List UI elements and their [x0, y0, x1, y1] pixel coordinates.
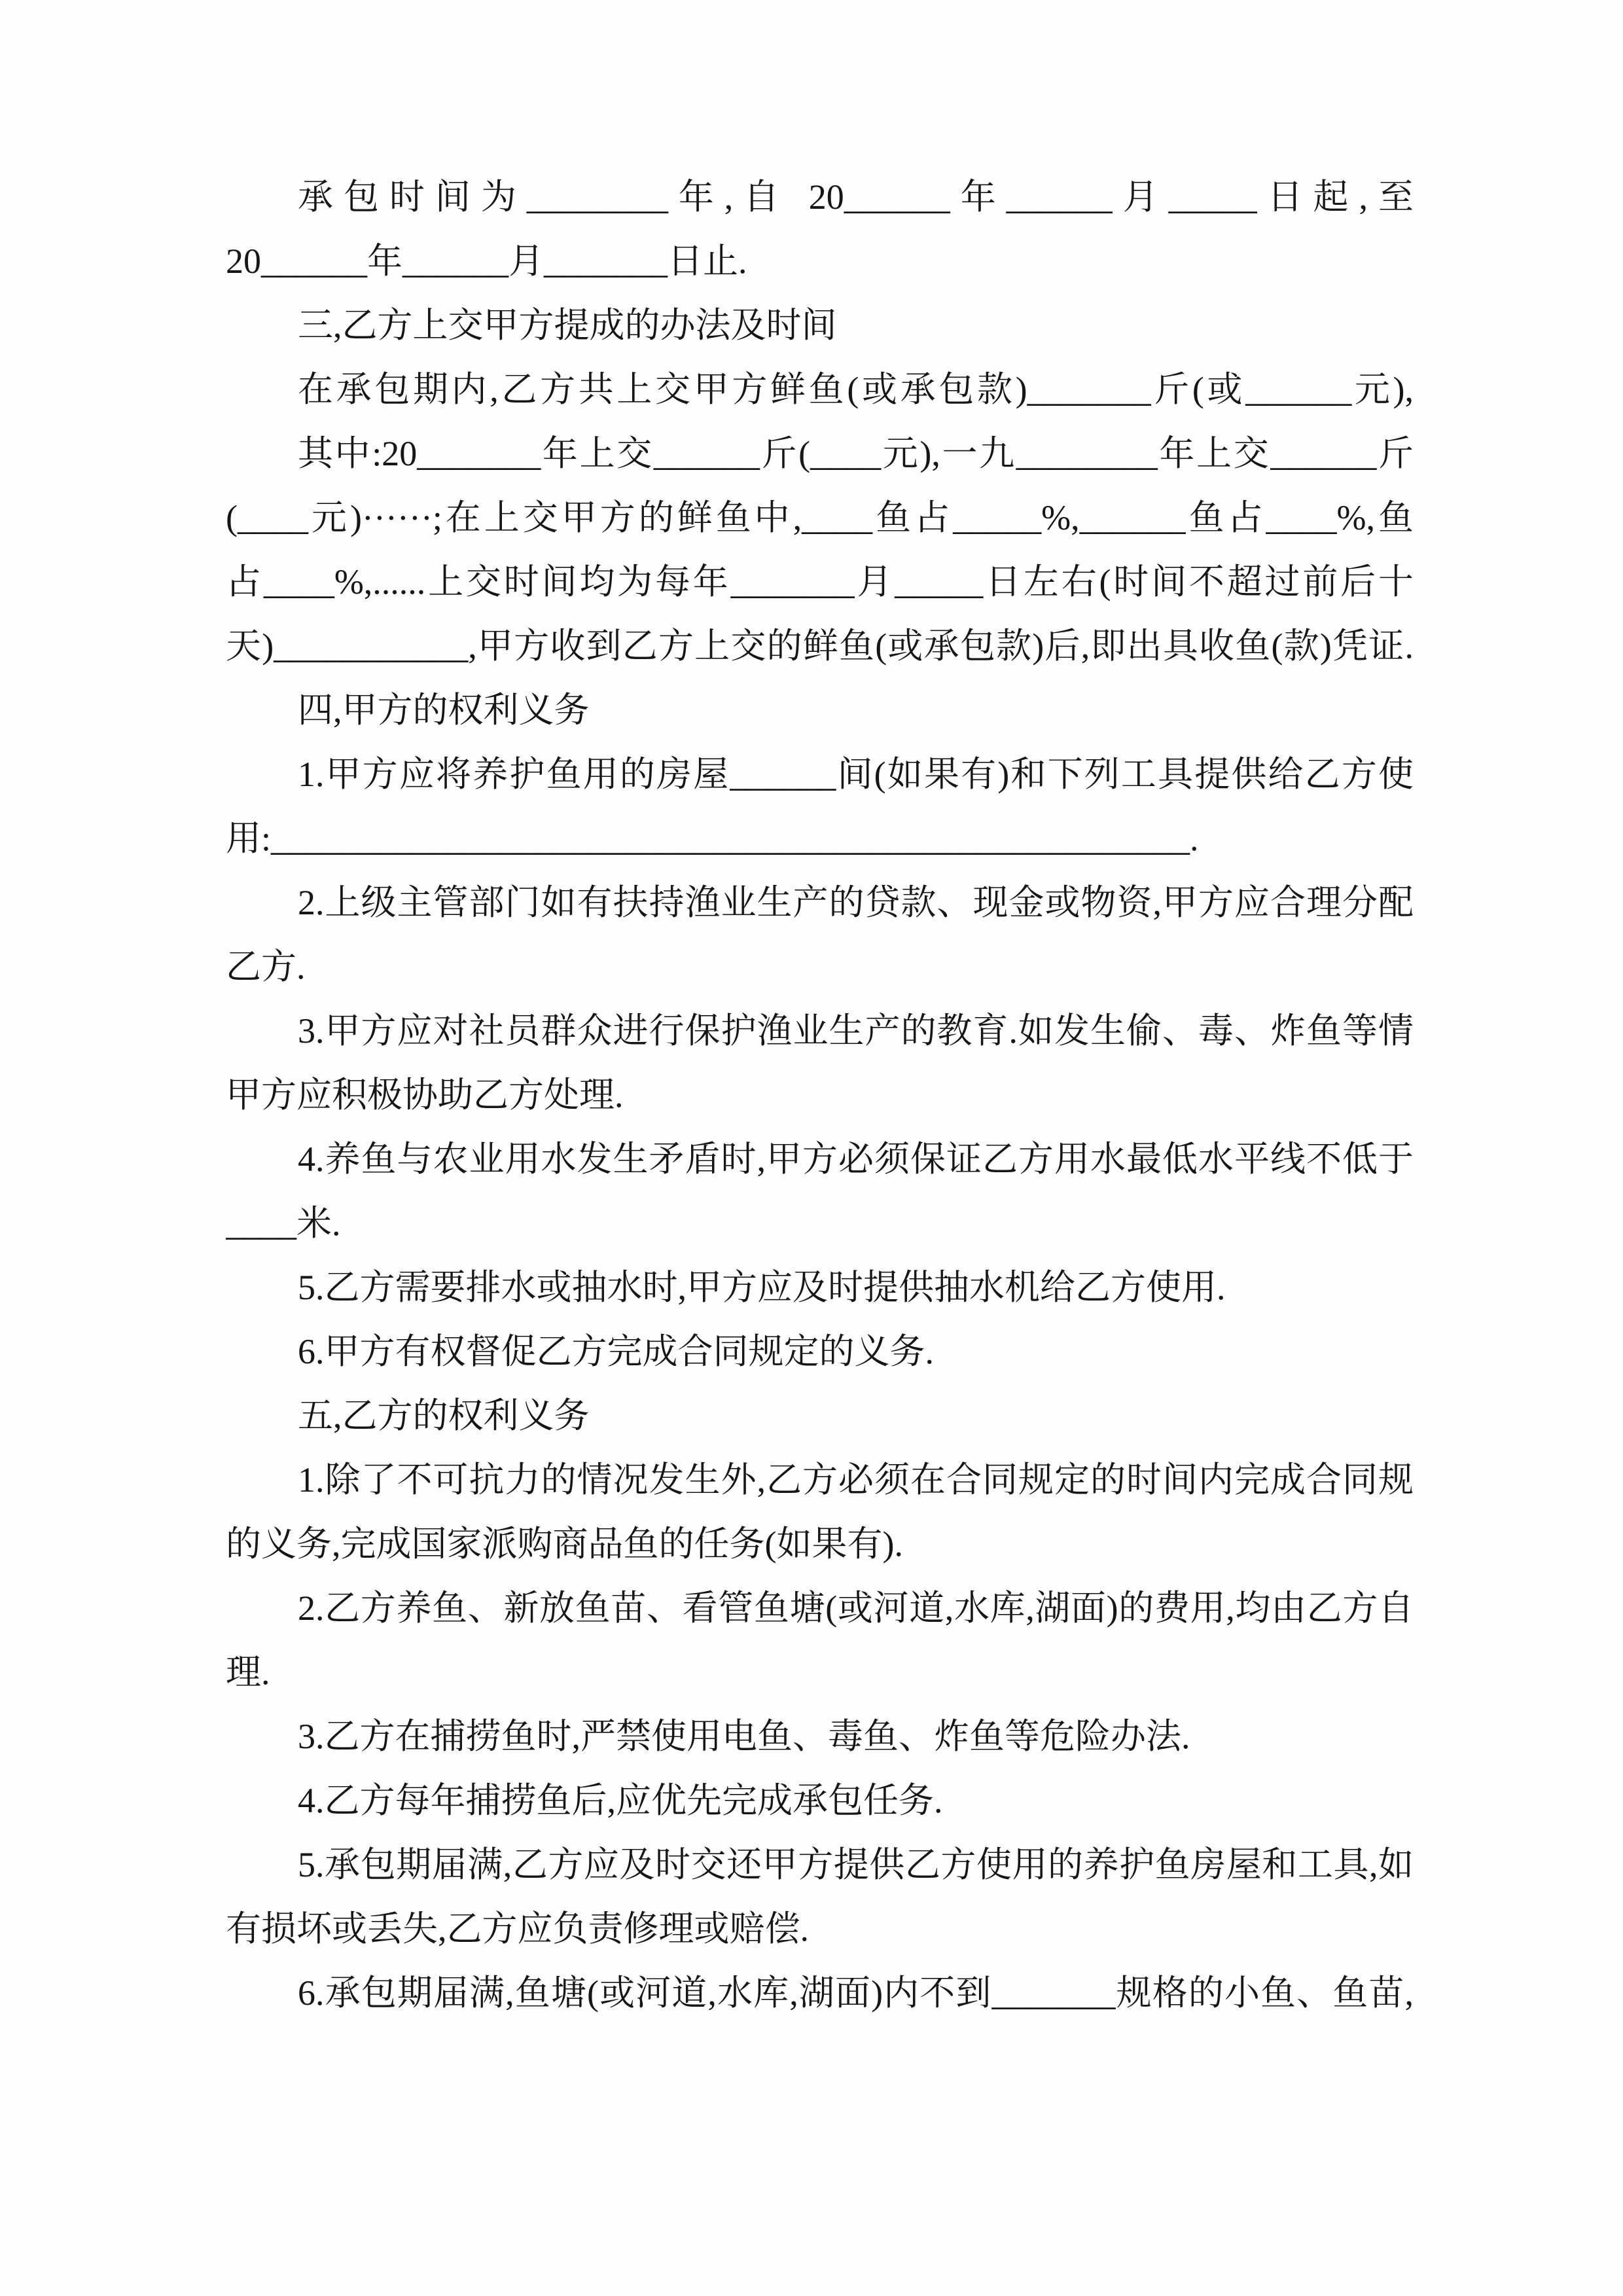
contract-body: 承包时间为________年,自 20______年______月_____日起… — [226, 165, 1414, 2025]
document-line: 在承包期内,乙方共上交甲方鲜鱼(或承包款)_______斤(或______元), — [226, 357, 1414, 422]
document-line: 6.甲方有权督促乙方完成合同规定的义务. — [226, 1319, 1414, 1384]
document-line: (____元)······;在上交甲方的鲜鱼中,____鱼占_____%,___… — [226, 486, 1414, 550]
document-line: 其中:20_______年上交______斤(____元),一九________… — [226, 422, 1414, 486]
document-line: 用:______________________________________… — [226, 806, 1414, 870]
document-line: 4.养鱼与农业用水发生矛盾时,甲方必须保证乙方用水最低水平线不低于 — [226, 1127, 1414, 1191]
section-heading-four: 四,甲方的权利义务 — [226, 678, 1414, 742]
document-line: 1.除了不可抗力的情况发生外,乙方必须在合同规定的时间内完成合同规定 — [226, 1448, 1414, 1512]
document-line: 3.甲方应对社员群众进行保护渔业生产的教育.如发生偷、毒、炸鱼等情况, — [226, 999, 1414, 1063]
document-line: 乙方. — [226, 935, 1414, 999]
document-line: 3.乙方在捕捞鱼时,严禁使用电鱼、毒鱼、炸鱼等危险办法. — [226, 1704, 1414, 1768]
document-line: 承包时间为________年,自 20______年______月_____日起… — [226, 165, 1414, 229]
document-line: 的义务,完成国家派购商品鱼的任务(如果有). — [226, 1512, 1414, 1576]
document-line: 理. — [226, 1640, 1414, 1704]
document-line: 有损坏或丢失,乙方应负责修理或赔偿. — [226, 1897, 1414, 1961]
document-line: 4.乙方每年捕捞鱼后,应优先完成承包任务. — [226, 1768, 1414, 1833]
section-heading-five: 五,乙方的权利义务 — [226, 1384, 1414, 1448]
document-page: 承包时间为________年,自 20______年______月_____日起… — [0, 0, 1623, 2296]
document-line: ____米. — [226, 1191, 1414, 1255]
document-line: 5.乙方需要排水或抽水时,甲方应及时提供抽水机给乙方使用. — [226, 1255, 1414, 1319]
document-line: 5.承包期届满,乙方应及时交还甲方提供乙方使用的养护鱼房屋和工具,如 — [226, 1833, 1414, 1897]
document-line: 天)___________,甲方收到乙方上交的鲜鱼(或承包款)后,即出具收鱼(款… — [226, 614, 1414, 678]
section-heading-three: 三,乙方上交甲方提成的办法及时间 — [226, 293, 1414, 357]
document-line: 2.乙方养鱼、新放鱼苗、看管鱼塘(或河道,水库,湖面)的费用,均由乙方自 — [226, 1576, 1414, 1640]
document-line: 2.上级主管部门如有扶持渔业生产的贷款、现金或物资,甲方应合理分配给 — [226, 870, 1414, 935]
document-line: 20______年______月_______日止. — [226, 229, 1414, 293]
document-line: 6.承包期届满,鱼塘(或河道,水库,湖面)内不到_______规格的小鱼、鱼苗, — [226, 1961, 1414, 2025]
document-line: 1.甲方应将养护鱼用的房屋______间(如果有)和下列工具提供给乙方使 — [226, 742, 1414, 806]
document-line: 甲方应积极协助乙方处理. — [226, 1063, 1414, 1127]
document-line: 占____%,......上交时间均为每年_______月_____日左右(时间… — [226, 550, 1414, 614]
